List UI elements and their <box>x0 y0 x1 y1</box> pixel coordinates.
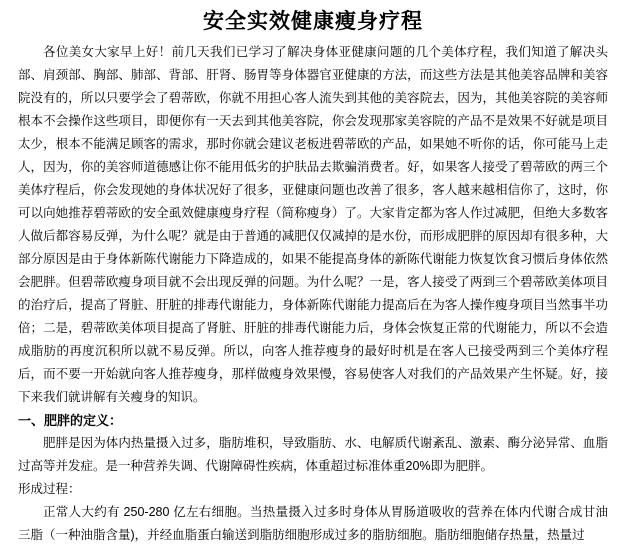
paragraph-intro: 各位美女大家早上好！前几天我们已学习了解决身体亚健康问题的几个美体疗程，我们知道… <box>18 41 608 409</box>
document-content: 安全实效健康瘦身疗程 各位美女大家早上好！前几天我们已学习了解决身体亚健康问题的… <box>0 0 624 547</box>
subheading-formation-process: 形成过程： <box>18 478 608 501</box>
paragraph-obesity-definition: 肥胖是因为体内热量摄入过多，脂肪堆积，导致脂肪、水、电解质代谢紊乱、激素、酶分泌… <box>18 432 608 478</box>
paragraph-formation-process: 正常人大约有 250-280 亿左右细胞。当热量摄入过多时身体从胃肠道吸收的营养… <box>18 501 608 547</box>
document-title: 安全实效健康瘦身疗程 <box>18 7 608 35</box>
document-page: { "colors": { "background": "#ffffff", "… <box>0 0 624 551</box>
section-heading-obesity-definition: 一、肥胖的定义： <box>18 409 608 432</box>
